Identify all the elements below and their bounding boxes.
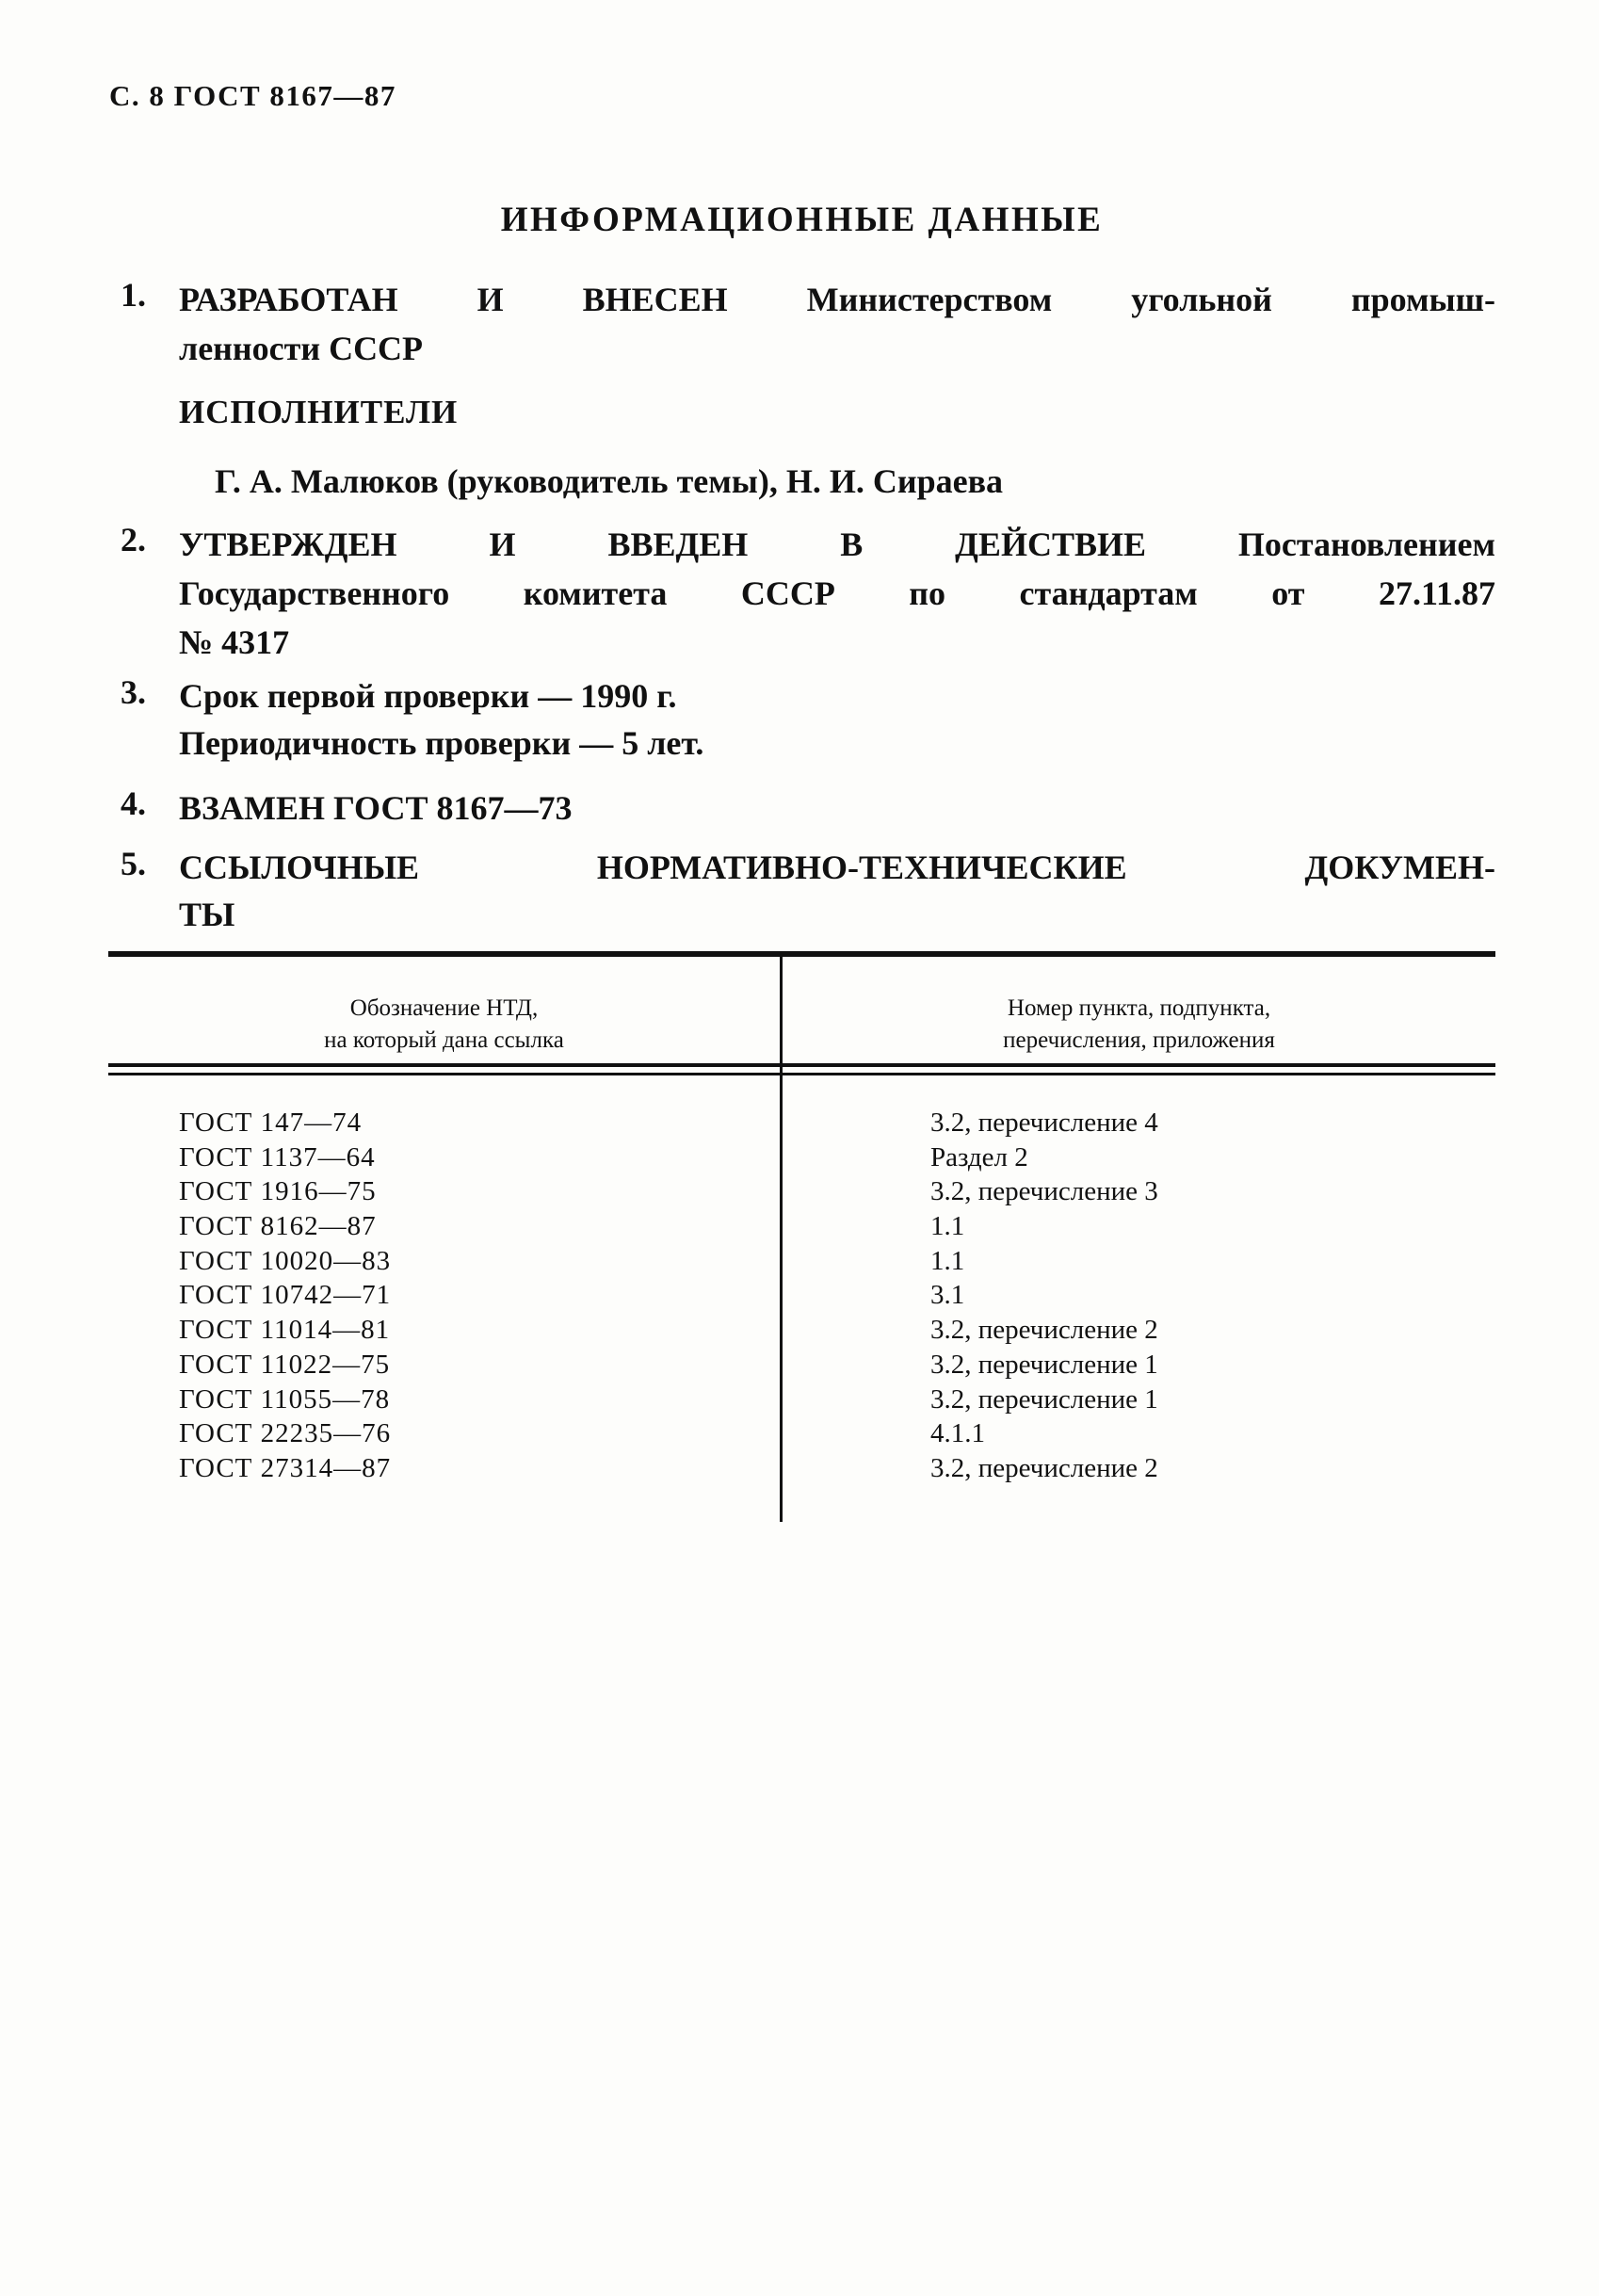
doc-cell: ГОСТ 22235—76 — [108, 1418, 780, 1449]
ref-cell: 3.2, перечисление 2 — [780, 1315, 1495, 1346]
page-header: С. 8 ГОСТ 8167—87 — [109, 79, 396, 113]
doc-cell: ГОСТ 1137—64 — [108, 1142, 780, 1173]
section-4-number: 4. — [121, 784, 146, 823]
column-header-ref-line-1: Номер пункта, подпункта, — [783, 993, 1495, 1025]
section-5: 5. ССЫЛОЧНЫЕ НОРМАТИВНО-ТЕХНИЧЕСКИЕ ДОКУ… — [121, 844, 1495, 938]
document-page: С. 8 ГОСТ 8167—87 ИНФОРМАЦИОННЫЕ ДАННЫЕ … — [0, 0, 1599, 2296]
ref-cell: 3.2, перечисление 1 — [780, 1350, 1495, 1381]
document-title: ИНФОРМАЦИОННЫЕ ДАННЫЕ — [108, 200, 1495, 240]
ref-cell: 3.2, перечисление 4 — [780, 1108, 1495, 1139]
table-row: ГОСТ 10742—71 3.1 — [108, 1280, 1495, 1315]
table-row: ГОСТ 10020—83 1.1 — [108, 1246, 1495, 1281]
table-row: ГОСТ 11055—78 3.2, перечисление 1 — [108, 1384, 1495, 1419]
column-header-ntd-line-2: на который дана ссылка — [108, 1025, 780, 1057]
doc-cell: ГОСТ 8162—87 — [108, 1211, 780, 1242]
table-row: ГОСТ 147—74 3.2, перечисление 4 — [108, 1108, 1495, 1142]
section-2-body: УТВЕРЖДЕН И ВВЕДЕН В ДЕЙСТВИЕ Постановле… — [179, 520, 1495, 667]
section-2-line-1: УТВЕРЖДЕН И ВВЕДЕН В ДЕЙСТВИЕ Постановле… — [179, 520, 1495, 569]
table-row: ГОСТ 11022—75 3.2, перечисление 1 — [108, 1350, 1495, 1384]
section-4-body: ВЗАМЕН ГОСТ 8167—73 — [179, 784, 1495, 833]
doc-cell: ГОСТ 11055—78 — [108, 1384, 780, 1415]
doc-cell: ГОСТ 11014—81 — [108, 1315, 780, 1346]
ref-cell: 1.1 — [780, 1246, 1495, 1277]
section-4-line-1: ВЗАМЕН ГОСТ 8167—73 — [179, 784, 1495, 833]
doc-cell: ГОСТ 10020—83 — [108, 1246, 780, 1277]
table-double-rule-top — [108, 1063, 1495, 1067]
table-row: ГОСТ 22235—76 4.1.1 — [108, 1418, 1495, 1453]
section-2-number: 2. — [121, 520, 146, 559]
doc-cell: ГОСТ 10742—71 — [108, 1280, 780, 1311]
references-table: ГОСТ 147—74 3.2, перечисление 4 ГОСТ 113… — [108, 1108, 1495, 1488]
section-1: 1. РАЗРАБОТАН И ВНЕСЕН Министерством уго… — [121, 275, 1495, 373]
table-row: ГОСТ 8162—87 1.1 — [108, 1211, 1495, 1246]
performers-names: Г. А. Малюков (руководитель темы), Н. И.… — [215, 461, 1003, 501]
section-3-number: 3. — [121, 672, 146, 712]
section-3-body: Срок первой проверки — 1990 г. Периодичн… — [179, 672, 1495, 767]
doc-cell: ГОСТ 147—74 — [108, 1108, 780, 1139]
table-row: ГОСТ 27314—87 3.2, перечисление 2 — [108, 1453, 1495, 1488]
column-header-ref-line-2: перечисления, приложения — [783, 1025, 1495, 1057]
section-5-body: ССЫЛОЧНЫЕ НОРМАТИВНО-ТЕХНИЧЕСКИЕ ДОКУМЕН… — [179, 844, 1495, 938]
ref-cell: Раздел 2 — [780, 1142, 1495, 1173]
ref-cell: 3.2, перечисление 2 — [780, 1453, 1495, 1484]
ref-cell: 3.1 — [780, 1280, 1495, 1311]
table-row: ГОСТ 1137—64 Раздел 2 — [108, 1142, 1495, 1177]
section-3: 3. Срок первой проверки — 1990 г. Период… — [121, 672, 1495, 767]
section-3-line-2: Периодичность проверки — 5 лет. — [179, 720, 1495, 767]
section-5-line-1: ССЫЛОЧНЫЕ НОРМАТИВНО-ТЕХНИЧЕСКИЕ ДОКУМЕН… — [179, 844, 1495, 891]
table-double-rule-bottom — [108, 1073, 1495, 1075]
section-3-line-1: Срок первой проверки — 1990 г. — [179, 672, 1495, 720]
doc-cell: ГОСТ 27314—87 — [108, 1453, 780, 1484]
column-header-ref: Номер пункта, подпункта, перечисления, п… — [783, 993, 1495, 1057]
section-5-number: 5. — [121, 844, 146, 883]
section-1-number: 1. — [121, 275, 146, 315]
section-2-line-3: № 4317 — [179, 618, 1495, 667]
column-header-ntd-line-1: Обозначение НТД, — [108, 993, 780, 1025]
table-row: ГОСТ 1916—75 3.2, перечисление 3 — [108, 1176, 1495, 1211]
doc-cell: ГОСТ 1916—75 — [108, 1176, 780, 1207]
table-row: ГОСТ 11014—81 3.2, перечисление 2 — [108, 1315, 1495, 1350]
ref-cell: 4.1.1 — [780, 1418, 1495, 1449]
ref-cell: 3.2, перечисление 1 — [780, 1384, 1495, 1415]
section-1-line-2: ленности СССР — [179, 324, 1495, 373]
ref-cell: 3.2, перечисление 3 — [780, 1176, 1495, 1207]
section-4: 4. ВЗАМЕН ГОСТ 8167—73 — [121, 784, 1495, 833]
section-2: 2. УТВЕРЖДЕН И ВВЕДЕН В ДЕЙСТВИЕ Постано… — [121, 520, 1495, 667]
column-header-ntd: Обозначение НТД, на который дана ссылка — [108, 993, 780, 1057]
section-1-line-1: РАЗРАБОТАН И ВНЕСЕН Министерством угольн… — [179, 275, 1495, 324]
table-top-rule — [108, 951, 1495, 957]
ref-cell: 1.1 — [780, 1211, 1495, 1242]
section-5-line-2: ТЫ — [179, 891, 1495, 938]
doc-cell: ГОСТ 11022—75 — [108, 1350, 780, 1381]
performers-heading: ИСПОЛНИТЕЛИ — [179, 394, 458, 431]
section-1-body: РАЗРАБОТАН И ВНЕСЕН Министерством угольн… — [179, 275, 1495, 373]
section-2-line-2: Государственного комитета СССР по станда… — [179, 569, 1495, 618]
